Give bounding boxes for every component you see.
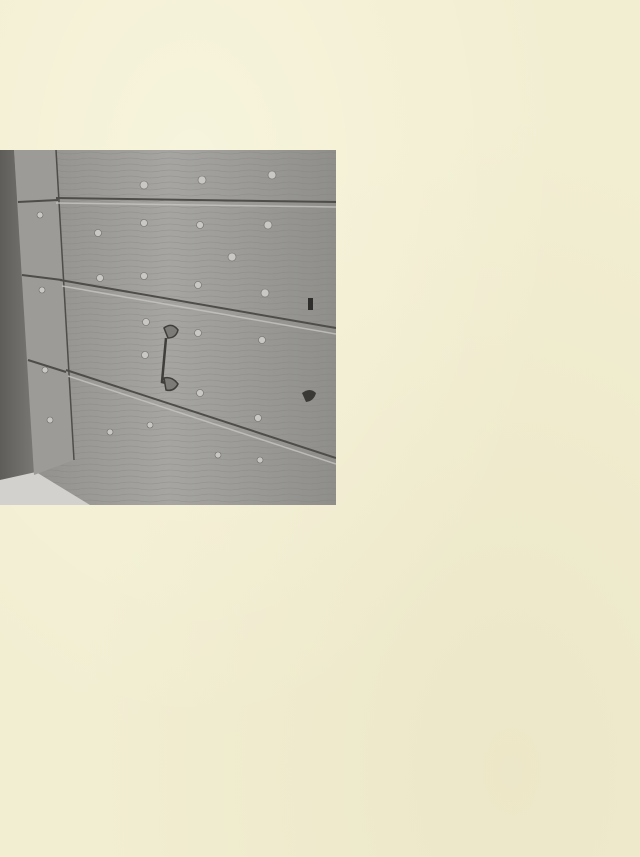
door-photograph <box>0 150 336 505</box>
